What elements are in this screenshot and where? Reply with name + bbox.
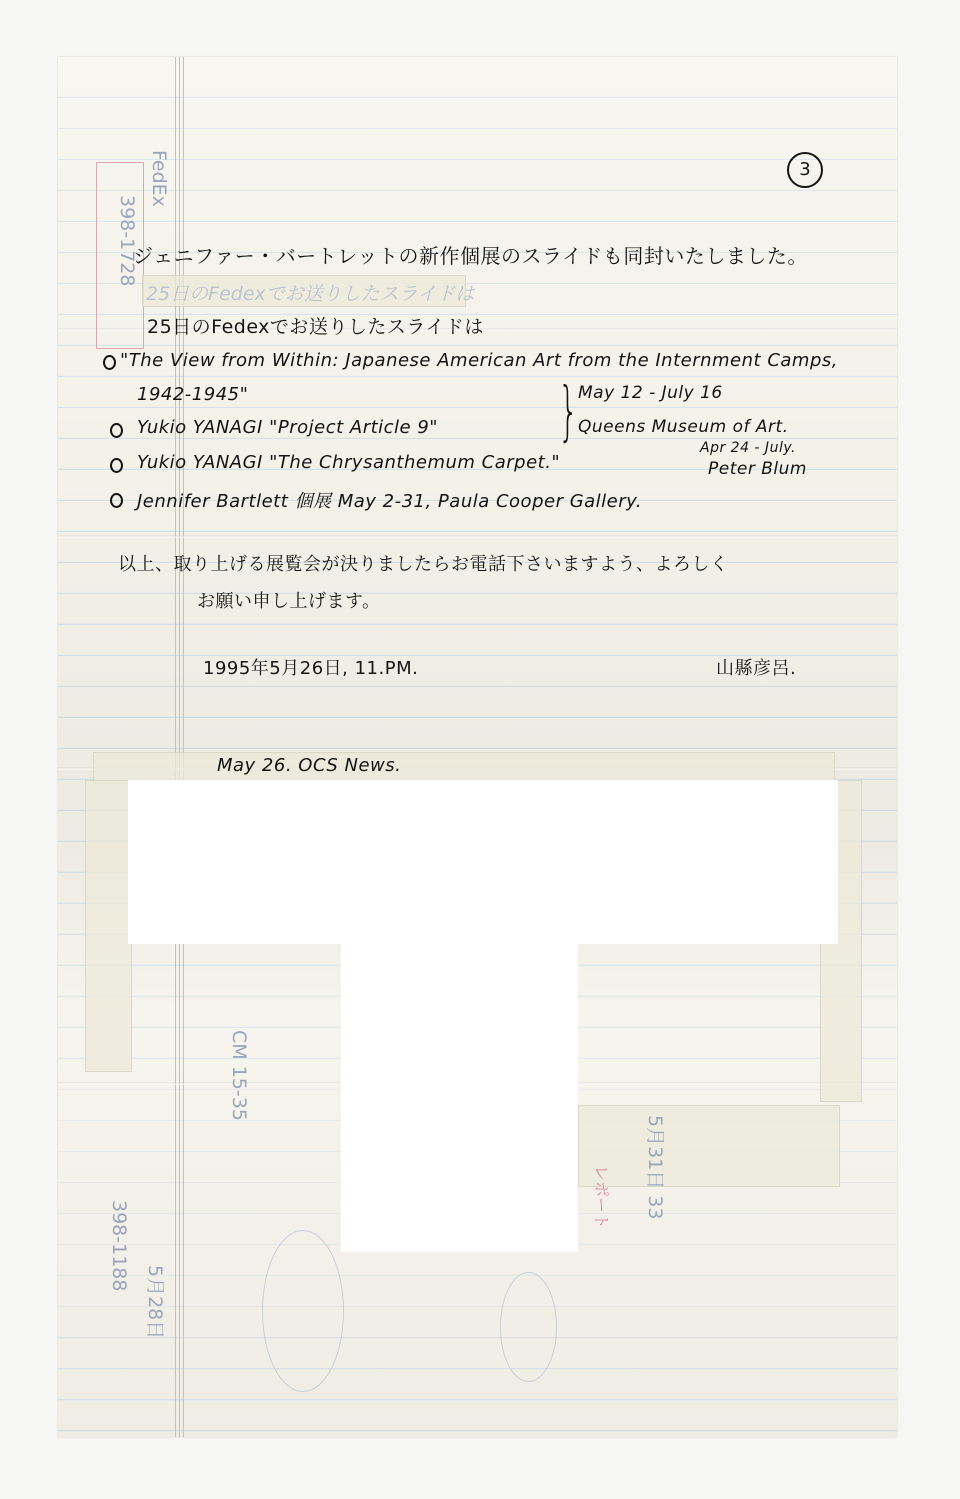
pencil-oval [500,1272,557,1382]
signature: 山縣彦呂. [716,654,796,680]
margin-note-mid: CM 15-35 [228,1030,250,1121]
chrysanthemum-dates: Apr 24 - July. [700,440,796,456]
closing-line-2: お願い申し上げます。 [197,587,381,613]
list-bullet [103,355,116,370]
list-bullet [110,493,123,508]
news-note: May 26. OCS News. [217,755,401,776]
list-item-2: Yukio YANAGI "Project Article 9" [137,417,438,438]
list-item-1: "The View from Within: Japanese American… [120,350,838,371]
ghost-line: 25日のFedexでお送りしたスライドは [146,279,474,306]
date-line: 1995年5月26日, 11.PM. [203,654,418,680]
bracket-dates: May 12 - July 16 [578,383,723,403]
bracket-venue: Queens Museum of Art. [578,417,789,437]
list-item-3: Yukio YANAGI "The Chrysanthemum Carpet." [137,452,560,473]
list-bullet [110,423,123,438]
chrysanthemum-venue: Peter Blum [708,459,807,479]
tape-strip [578,1105,840,1187]
redaction-box [341,942,578,1252]
margin-note-red: レポート [591,1165,614,1229]
fedex-line: 25日のFedexでお送りしたスライドは [147,312,484,339]
pencil-oval [262,1230,344,1392]
page-number: 3 [787,152,823,188]
closing-line-1: 以上、取り上げる展覧会が決りましたらお電話下さいますよう、よろしく [118,550,729,576]
paper-fold [58,535,897,538]
redaction-box [128,780,838,944]
list-item-4: Jennifer Bartlett 個展 May 2-31, Paula Coo… [137,487,642,513]
margin-note-bottom-left: 398-1188 [108,1200,130,1291]
intro-line: ジェニファー・バートレットの新作個展のスライドも同封いたしました。 [133,240,808,269]
margin-note-fedex: FedEx [148,150,170,207]
margin-note-right: 5月31日 33 [643,1115,670,1219]
list-item-1-cont: 1942-1945" [137,384,248,405]
margin-note-bottom-left-2: 5月28日 [143,1265,170,1339]
tape-strip [85,780,132,1072]
list-bullet [110,458,123,473]
bracket: } [558,380,578,444]
